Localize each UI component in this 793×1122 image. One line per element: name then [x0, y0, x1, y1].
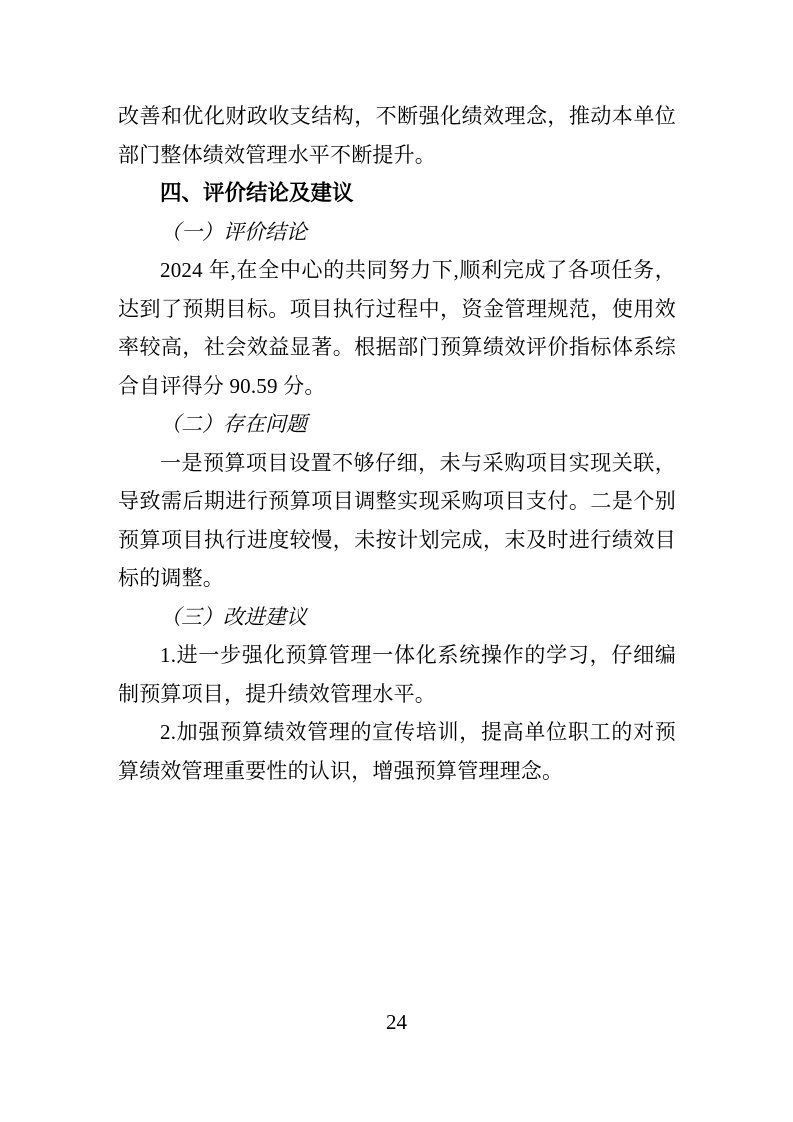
paragraph-line: 达到了预期目标。项目执行过程中，资金管理规范，使用效: [118, 290, 676, 329]
document-page: 改善和优化财政收支结构，不断强化绩效理念，推动本单位 部门整体绩效管理水平不断提…: [0, 0, 793, 1122]
subsection-heading-evaluation-conclusion: （一）评价结论: [118, 213, 676, 252]
paragraph-line: 一是预算项目设置不够仔细，未与采购项目实现关联，: [118, 444, 676, 483]
paragraph-line: 预算项目执行进度较慢，未按计划完成，末及时进行绩效目: [118, 521, 676, 560]
paragraph-line: 1.进一步强化预算管理一体化系统操作的学习，仔细编: [118, 636, 676, 675]
paragraph-line: 导致需后期进行预算项目调整实现采购项目支付。二是个别: [118, 482, 676, 521]
document-body: 改善和优化财政收支结构，不断强化绩效理念，推动本单位 部门整体绩效管理水平不断提…: [118, 97, 676, 790]
page-number: 24: [0, 1008, 793, 1036]
paragraph-line: 算绩效管理重要性的认识，增强预算管理理念。: [118, 752, 676, 791]
paragraph-line: 改善和优化财政收支结构，不断强化绩效理念，推动本单位: [118, 97, 676, 136]
paragraph-line: 率较高，社会效益显著。根据部门预算绩效评价指标体系综: [118, 328, 676, 367]
paragraph-line: 合自评得分 90.59 分。: [118, 367, 676, 406]
paragraph-line: 标的调整。: [118, 559, 676, 598]
subsection-heading-improvement-suggestions: （三）改进建议: [118, 598, 676, 637]
subsection-heading-existing-problems: （二）存在问题: [118, 405, 676, 444]
paragraph-line: 部门整体绩效管理水平不断提升。: [118, 136, 676, 175]
section-heading-conclusion-and-suggestions: 四、评价结论及建议: [118, 174, 676, 213]
paragraph-line: 2.加强预算绩效管理的宣传培训，提高单位职工的对预: [118, 713, 676, 752]
paragraph-line: 2024 年,在全中心的共同努力下,顺利完成了各项任务，: [118, 251, 676, 290]
paragraph-line: 制预算项目，提升绩效管理水平。: [118, 675, 676, 714]
